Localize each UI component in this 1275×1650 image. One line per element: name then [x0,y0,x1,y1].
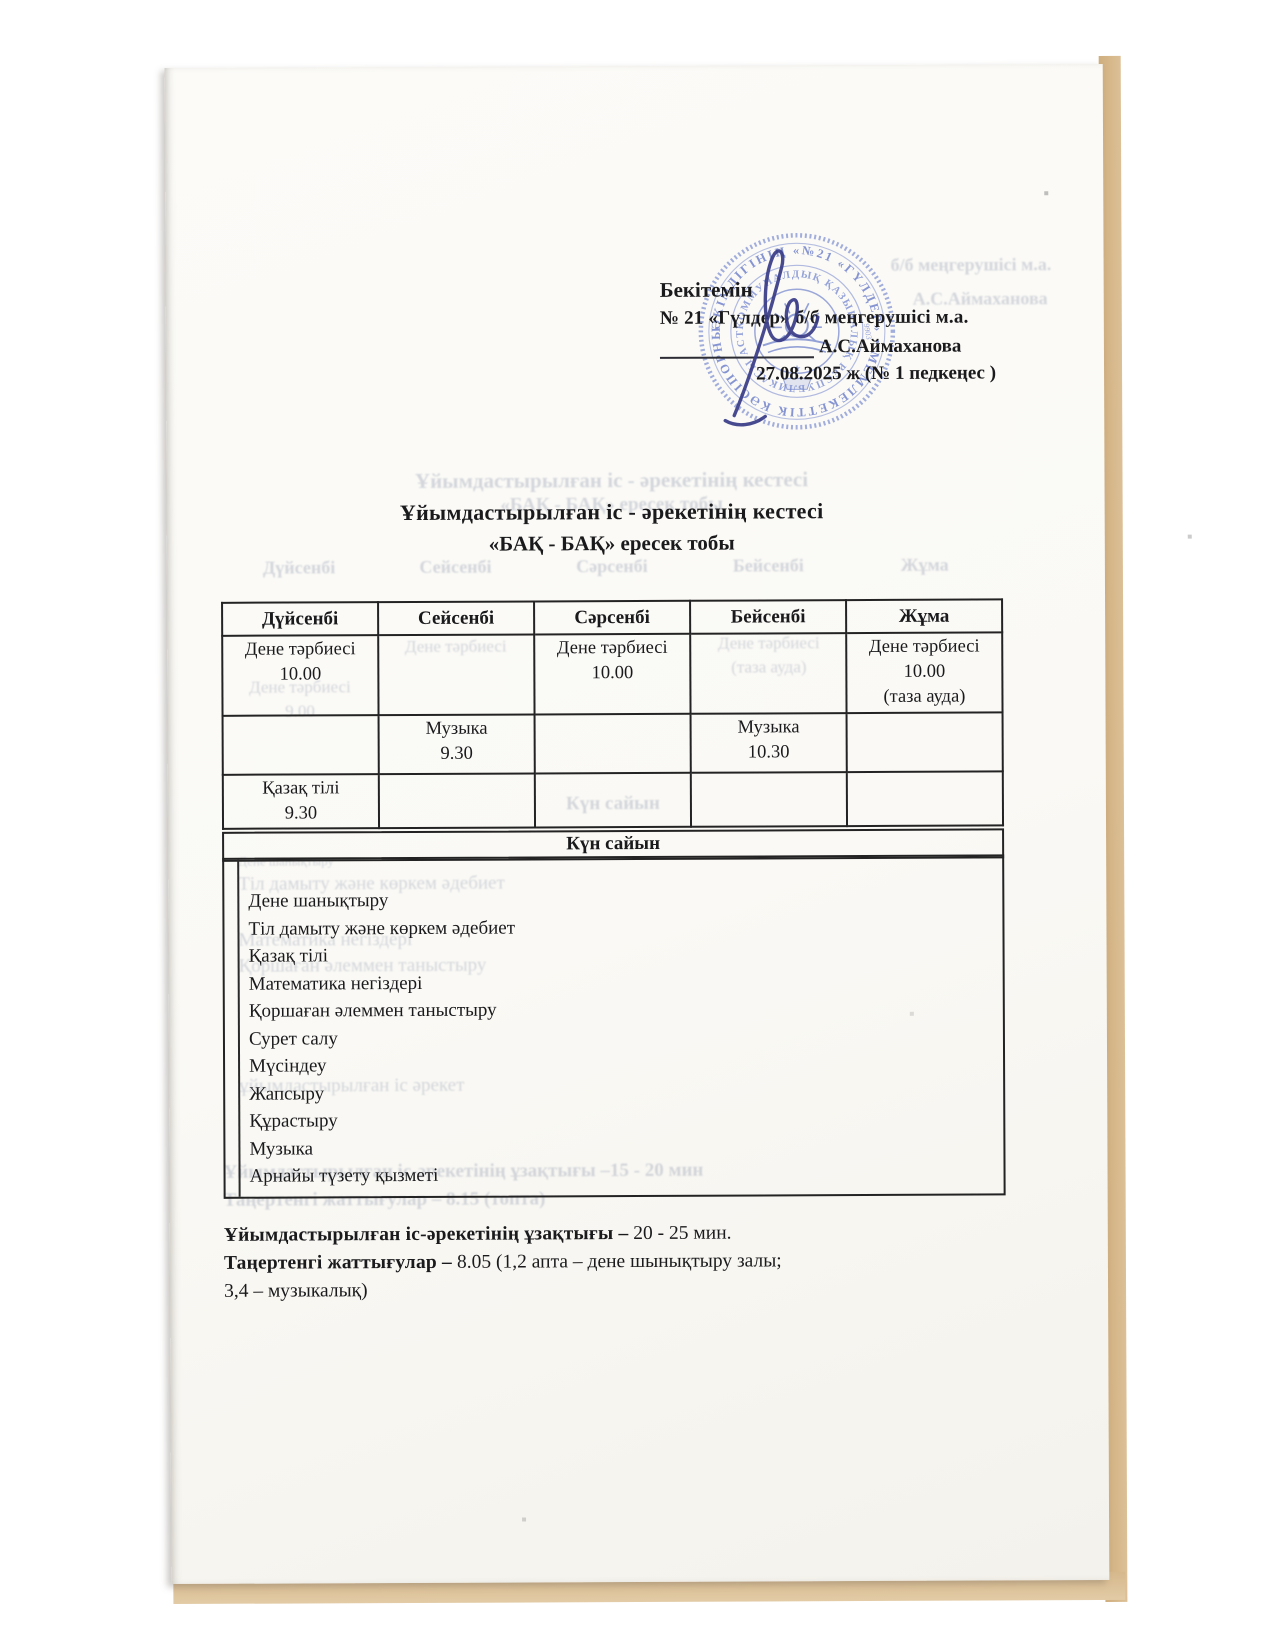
duration-label: Ұйымдастырылған іс-әрекетінің ұзақтығы – [224,1223,629,1246]
bleed-day-row: Дүйсенбі Сейсенбі Сәрсенбі Бейсенбі Жұма [221,554,1003,578]
daily-activity-item: Математика негіздері [249,969,516,998]
morning-exercise-value: 8.05 (1,2 апта – дене шынықтыру залы; [457,1250,782,1272]
title-line-1: Ұйымдастырылған іс - әрекетінің кестесі [167,497,1057,527]
daily-activity-item: Құрастыру [249,1107,516,1136]
document-title: Ұйымдастырылған іс - әрекетінің кестесі … [167,497,1057,558]
schedule-cell [535,773,691,828]
morning-exercise-label: Таңертенгі жаттығулар – [224,1252,457,1274]
cell-line: Музыка [382,716,532,742]
duration-note: Ұйымдастырылған іс-әрекетінің ұзақтығы –… [224,1219,984,1250]
document-photo: б/б меңгерушісі м.а. А.С.Аймаханова Ұйым… [0,0,1275,1650]
signatory-name: А.С.Аймаханова [819,336,962,359]
schedule-cell: Дене тәрбиесі 10.00 (таза ауда) [846,632,1002,713]
schedule-cell [691,772,847,827]
cell-line: 10.00 [537,661,687,687]
daily-activity-item: Мүсіндеу [249,1052,516,1081]
footer-notes: Ұйымдастырылған іс-әрекетінің ұзақтығы –… [224,1219,984,1306]
bleed-day: Бейсенбі [690,555,846,577]
daily-activity-item: Қоршаған әлеммен таныстыру [249,997,516,1026]
daily-activity-item: Сурет салу [249,1024,516,1053]
day-header-wednesday: Сәрсенбі [534,601,690,635]
schedule-cell: Музыка 10.30 [691,713,847,773]
daily-activity-item: Жапсыру [249,1079,516,1108]
cell-line: Дене тәрбиесі [537,636,687,662]
bleed-day: Жұма [846,554,1002,576]
daily-activities-list: Дене шанықтыру Тіл дамыту және көркем әд… [248,887,516,1191]
cell-line: 10.30 [694,740,844,766]
daily-activities-box: Дене шанықтыру Тіл дамыту және көркем әд… [222,854,1005,1198]
schedule-cell [847,712,1003,772]
morning-exercise-note-2: 3,4 – музыкалық) [224,1275,984,1306]
cell-line: 9.30 [226,801,376,827]
daily-activity-item: Музыка [249,1134,516,1163]
cell-line: Дене тәрбиесі [225,637,375,663]
schedule-cell [379,773,535,828]
day-header-row: Дүйсенбі Сейсенбі Сәрсенбі Бейсенбі Жұма [222,599,1002,635]
cell-line: 10.00 [849,659,999,685]
cell-line: Қазақ тілі [226,776,376,802]
day-header-tuesday: Сейсенбі [378,601,534,635]
bleed-approval-line: б/б меңгерушісі м.а. [891,254,1052,276]
bleed-day: Сәрсенбі [534,556,690,578]
day-header-friday: Жұма [846,599,1002,633]
cell-line: (таза ауда) [849,684,999,710]
daily-activity-item: Тіл дамыту және көркем әдебиет [248,914,515,943]
paper-dust-specks [165,68,167,70]
cell-line: Дене тәрбиесі [849,634,999,660]
schedule-cell [223,715,379,775]
bleed-title-1: Ұйымдастырылған іс - әрекетінің кестесі [166,466,1056,495]
schedule-cell [378,634,534,715]
schedule-cell: Дене тәрбиесі 10.00 [534,634,690,715]
schedule-table: Дүйсенбі Сейсенбі Сәрсенбі Бейсенбі Жұма… [221,598,1004,829]
handwritten-signature [717,239,838,440]
daily-activity-item: Қазақ тілі [249,942,516,971]
schedule-row: Музыка 9.30 Музыка 10.30 [223,712,1003,774]
bleed-day: Сейсенбі [377,556,533,578]
cell-line: 10.00 [225,662,375,688]
daily-activity-item: Дене шанықтыру [248,887,515,916]
cell-line: Музыка [694,715,844,741]
daily-activity-item: Арнайы түзету қызметі [249,1162,516,1191]
schedule-cell: Дене тәрбиесі 10.00 [222,635,378,716]
schedule-cell: Музыка 9.30 [379,714,535,774]
bleed-day: Дүйсенбі [221,557,377,579]
morning-exercise-note: Таңертенгі жаттығулар – 8.05 (1,2 апта –… [224,1247,984,1278]
schedule-cell [847,771,1003,826]
day-header-monday: Дүйсенбі [222,602,378,636]
schedule-row: Дене тәрбиесі 10.00 Дене тәрбиесі 10.00 … [222,632,1002,715]
cell-line: 9.30 [382,741,532,767]
schedule-row: Қазақ тілі 9.30 [223,771,1003,828]
schedule-cell: Қазақ тілі 9.30 [223,774,379,829]
title-line-2: «БАҚ - БАҚ» ересек тобы [167,529,1057,558]
duration-value: 20 - 25 мин. [633,1223,731,1244]
day-header-thursday: Бейсенбі [690,600,846,634]
schedule-cell [690,633,846,714]
schedule-cell [535,714,691,774]
paper-sheet: б/б меңгерушісі м.а. А.С.Аймаханова Ұйым… [165,64,1110,1584]
